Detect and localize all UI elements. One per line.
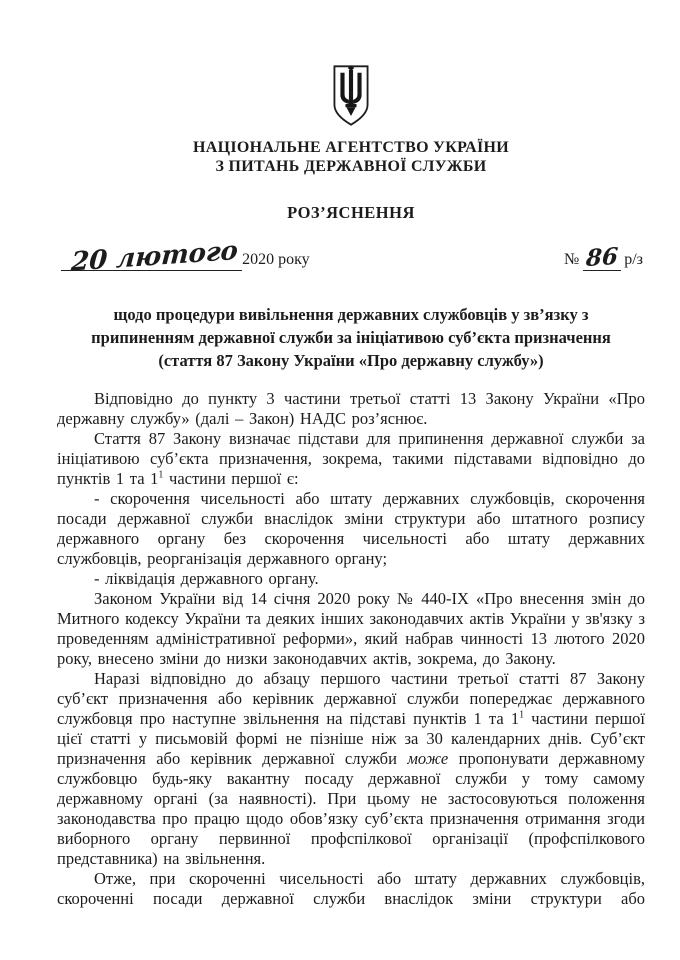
- text-run: частини першої є:: [163, 469, 298, 488]
- agency-name: НАЦІОНАЛЬНЕ АГЕНТСТВО УКРАЇНИ З ПИТАНЬ Д…: [57, 138, 645, 176]
- subject-line2: припиненням державної служби за ініціати…: [65, 326, 637, 349]
- document-page: НАЦІОНАЛЬНЕ АГЕНТСТВО УКРАЇНИ З ПИТАНЬ Д…: [0, 0, 680, 960]
- typed-year: 2020 року: [242, 251, 310, 271]
- handwritten-date: 20 лютого: [60, 238, 243, 277]
- text-run: Законом України від 14 січня 2020 року №…: [57, 589, 645, 668]
- handwritten-date-underline: 20 лютого: [61, 244, 242, 271]
- subject-title: щодо процедури вивільнення державних слу…: [65, 303, 637, 372]
- subject-line1: щодо процедури вивільнення державних слу…: [65, 303, 637, 326]
- text-run: Відповідно до пункту 3 частини третьої с…: [57, 389, 645, 428]
- agency-name-line1: НАЦІОНАЛЬНЕ АГЕНТСТВО УКРАЇНИ: [57, 138, 645, 157]
- text-run: - ліквідація державного органу.: [94, 569, 319, 588]
- ukraine-trident-emblem: [328, 64, 374, 127]
- paragraph: Отже, при скороченні чисельності або шта…: [57, 869, 645, 909]
- agency-name-line2: З ПИТАНЬ ДЕРЖАВНОЇ СЛУЖБИ: [57, 157, 645, 176]
- reference-line: 20 лютого 2020 року № 86 р/з: [57, 235, 645, 271]
- text-run: - скорочення чисельності або штату держа…: [57, 489, 645, 568]
- number-field: № 86 р/з: [564, 246, 643, 271]
- paragraph: Наразі відповідно до абзацу першого част…: [57, 669, 645, 869]
- document-type-heading: РОЗ’ЯСНЕННЯ: [57, 203, 645, 223]
- paragraph: - скорочення чисельності або штату держа…: [57, 489, 645, 569]
- number-sign: №: [564, 251, 579, 271]
- handwritten-number: 86: [582, 245, 622, 271]
- subject-line3: (стаття 87 Закону України «Про державну …: [65, 349, 637, 372]
- text-run: Стаття 87 Закону визначає підстави для п…: [57, 429, 645, 488]
- paragraph: Законом України від 14 січня 2020 року №…: [57, 589, 645, 669]
- emblem-container: [57, 64, 645, 128]
- document-body: Відповідно до пункту 3 частини третьої с…: [57, 389, 645, 909]
- paragraph: - ліквідація державного органу.: [57, 569, 645, 589]
- date-field: 20 лютого 2020 року: [61, 244, 310, 271]
- paragraph: Відповідно до пункту 3 частини третьої с…: [57, 389, 645, 429]
- handwritten-number-underline: 86: [583, 246, 621, 271]
- paragraph: Стаття 87 Закону визначає підстави для п…: [57, 429, 645, 489]
- number-suffix: р/з: [624, 251, 643, 271]
- text-run: може: [407, 749, 448, 768]
- text-run: Отже, при скороченні чисельності або шта…: [57, 869, 645, 908]
